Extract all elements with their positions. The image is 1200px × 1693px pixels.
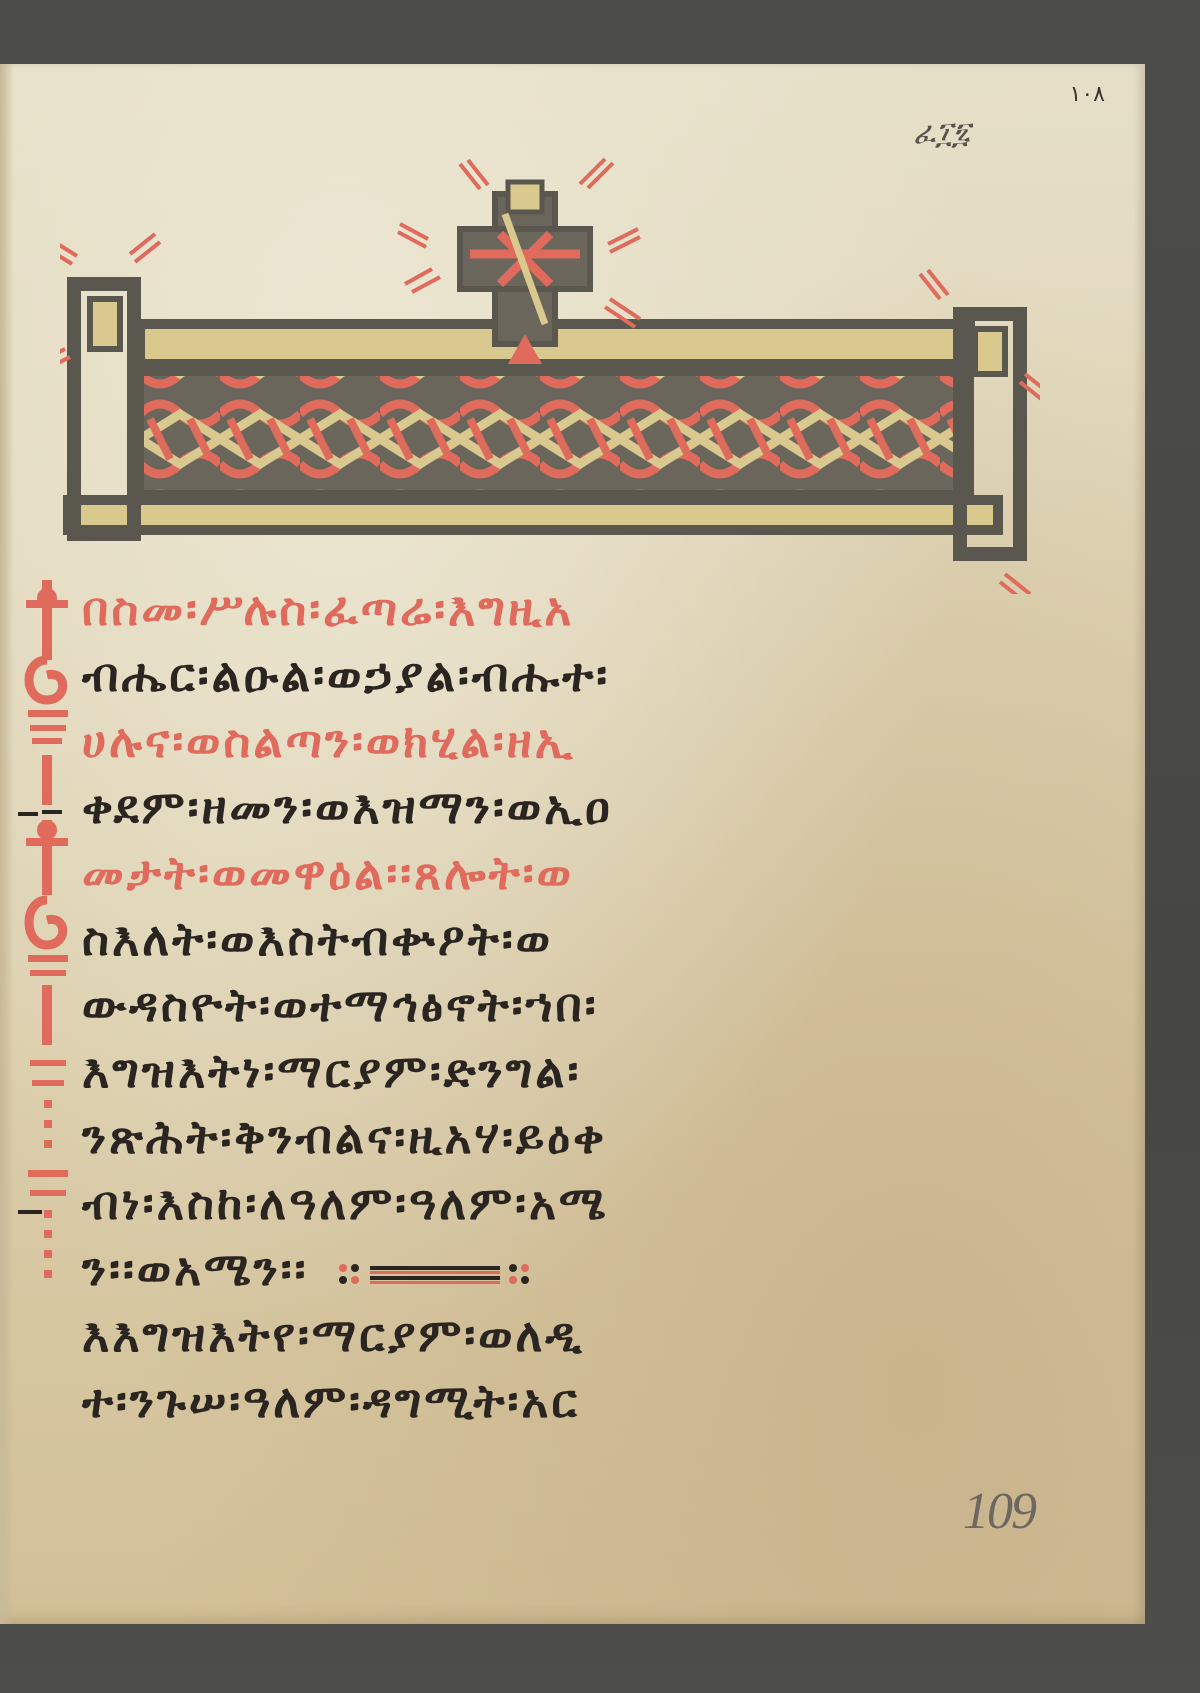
- text-line: ውዳስዮት፡ወተማኅፅኖት፡ኀበ፡: [82, 972, 1042, 1038]
- section-divider-ornament: [335, 1258, 535, 1288]
- text-line: በስመ፡ሥሉስ፡ፈጣሬ፡እግዚአ: [82, 576, 1042, 642]
- text-line: ስእለት፡ወእስትብቍዖት፡ወ: [82, 906, 1042, 972]
- text-line: መታት፡ወመዋዕል፡፡ጸሎት፡ወ: [82, 840, 1042, 906]
- text-line: ቀደም፡ዘመን፡ወእዝማን፡ወኢዐ: [82, 774, 1042, 840]
- manuscript-text: በስመ፡ሥሉስ፡ፈጣሬ፡እግዚአ ብሔር፡ልዑል፡ወኃያል፡ብሑተ፡ ሀሉና፡ወ…: [82, 576, 1042, 1434]
- text-line-with-divider: ን፡፡ወአሜን፡፡: [82, 1236, 1042, 1302]
- text-line: ሀሉና፡ወስልጣን፡ወክሂል፡ዘኢ: [82, 708, 1042, 774]
- page-gutter: [0, 64, 14, 1624]
- marginal-ornament: [18, 570, 78, 1390]
- text-line: ን፡፡ወአሜን፡፡: [82, 1242, 308, 1296]
- text-line: እእግዝእትየ፡ማርያም፡ወለዲ: [82, 1302, 1042, 1368]
- interlace-headpiece: [60, 124, 1040, 594]
- text-line: ብሔር፡ልዑል፡ወኃያል፡ብሑተ፡: [82, 642, 1042, 708]
- folio-number-top: ١٠٨: [1070, 82, 1105, 107]
- text-line: ብነ፡እስከ፡ለዓለም፡ዓለም፡አሜ: [82, 1170, 1042, 1236]
- text-line: ተ፡ንጉሠ፡ዓለም፡ዳግሚት፡አር: [82, 1368, 1042, 1434]
- text-line: ንጽሕት፡ቅንብልና፡ዚአሃ፡ይዕቀ: [82, 1104, 1042, 1170]
- manuscript-page: ١٠٨ ፈ፲፯: [0, 64, 1145, 1624]
- text-line: እግዝእትነ፡ማርያም፡ድንግል፡: [82, 1038, 1042, 1104]
- folio-number-bottom: 109: [963, 1482, 1035, 1541]
